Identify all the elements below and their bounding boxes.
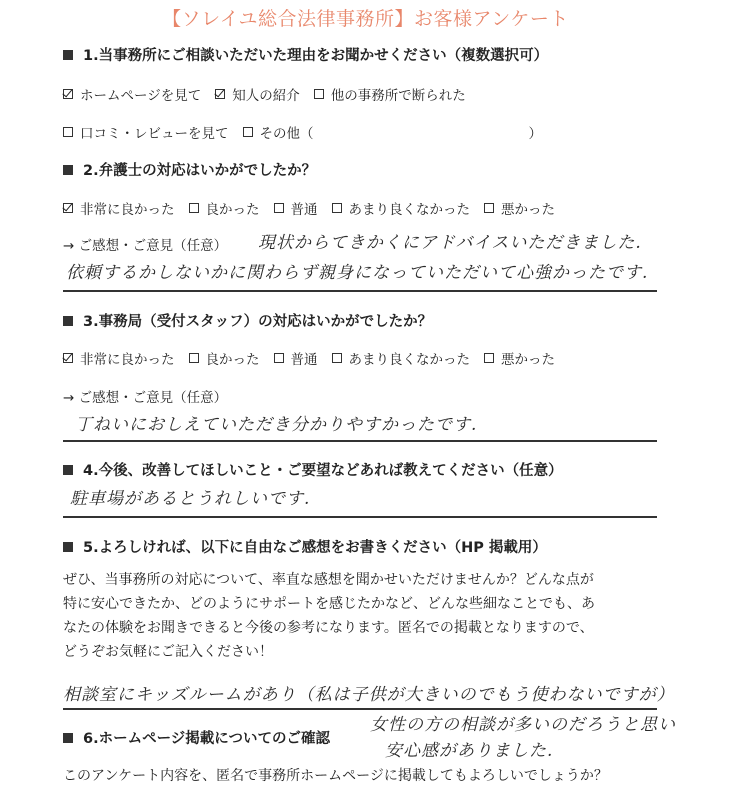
square-bullet-icon [63,542,73,552]
option-label: 他の事務所で断られた [331,84,466,104]
question-3-heading: 3.事務局（受付スタッフ）の対応はいかがでしたか？ [63,310,432,331]
checkbox-icon[interactable] [63,127,73,137]
square-bullet-icon [63,165,73,175]
prompt-line: 特に安心できたか、どのようにサポートを感じたかなど、どんな些細なことでも、あ [63,592,663,616]
checkbox-checked-icon[interactable] [63,353,73,363]
option-label: 口コミ・レビューを見て [80,122,229,142]
checkbox-icon[interactable] [274,353,284,363]
question-3-handwritten: 丁ねいにおしえていただき分かりやすかったです. [75,410,477,435]
survey-title: 【ソレイユ総合法律事務所】お客様アンケート [0,4,731,31]
option-good[interactable]: 良かった [189,348,260,368]
square-bullet-icon [63,316,73,326]
checkbox-checked-icon[interactable] [63,89,73,99]
option-bad[interactable]: 悪かった [484,348,555,368]
checkbox-icon[interactable] [243,127,253,137]
question-1-heading: 1.当事務所にご相談いただいた理由をお聞かせください（複数選択可） [63,44,548,65]
option-label: その他（ [260,122,314,142]
square-bullet-icon [63,50,73,60]
question-2-comment-label: → ご感想・ご意見（任意） [63,234,227,254]
option-label: 知人の紹介 [232,84,300,104]
checkbox-icon[interactable] [274,203,284,213]
option-good[interactable]: 良かった [189,198,260,218]
checkbox-icon[interactable] [314,89,324,99]
option-average[interactable]: 普通 [274,198,318,218]
question-3-options: 非常に良かった 良かった 普通 あまり良くなかった 悪かった [63,348,569,368]
prompt-line: ぜひ、当事務所の対応について、率直な感想を聞かせいただけませんか？どんな点が [63,568,663,592]
question-5-heading: 5.よろしければ、以下に自由なご感想をお書きください（HP 掲載用） [63,536,547,557]
checkbox-checked-icon[interactable] [63,203,73,213]
option-reviews[interactable]: 口コミ・レビューを見て [63,122,229,142]
checkbox-icon[interactable] [189,203,199,213]
option-label: 非常に良かった [80,198,175,218]
question-5-handwritten-line-3: 安心感がありました. [385,736,553,761]
checkbox-icon[interactable] [484,353,494,363]
option-not-good[interactable]: あまり良くなかった [332,348,471,368]
option-referral[interactable]: 知人の紹介 [215,84,300,104]
option-label: ホームページを見て [80,84,201,104]
question-5-handwritten-line-2: 女性の方の相談が多いのだろうと思い [370,710,676,735]
checkbox-icon[interactable] [332,203,342,213]
option-bad[interactable]: 悪かった [484,198,555,218]
option-label: 良かった [206,198,260,218]
question-4-heading: 4.今後、改善してほしいこと・ご要望などあれば教えてください（任意） [63,459,563,480]
question-2-handwritten-line-1: 現状からてきかくにアドバイスいただきました. [258,228,642,253]
question-5-handwritten-line-1: 相談室にキッズルームがあり（私は子供が大きいのでもう使わないですが） [63,680,675,705]
prompt-line: なたの体験をお聞きできると今後の参考になります。匿名での掲載となりますので、 [63,616,663,640]
option-label: 普通 [291,198,318,218]
option-label: 良かった [206,348,260,368]
option-average[interactable]: 普通 [274,348,318,368]
question-4-handwritten: 駐車場があるとうれしいです. [70,484,310,509]
option-not-good[interactable]: あまり良くなかった [332,198,471,218]
question-1-options-row-1: ホームページを見て 知人の紹介 他の事務所で断られた [63,84,480,104]
option-rejected-elsewhere[interactable]: 他の事務所で断られた [314,84,466,104]
checkbox-icon[interactable] [484,203,494,213]
question-2-options: 非常に良かった 良かった 普通 あまり良くなかった 悪かった [63,198,569,218]
square-bullet-icon [63,465,73,475]
option-very-good[interactable]: 非常に良かった [63,198,175,218]
question-6-body: このアンケート内容を、匿名で事務所ホームページに掲載してもよろしいでしょうか？ [63,765,608,785]
question-1-text: 1.当事務所にご相談いただいた理由をお聞かせください（複数選択可） [83,44,548,65]
question-2-handwritten-line-2: 依頼するかしないかに関わらず親身になっていただいて心強かったです. [66,258,648,283]
checkbox-icon[interactable] [332,353,342,363]
prompt-line: どうぞお気軽にご記入ください！ [63,640,663,664]
option-very-good[interactable]: 非常に良かった [63,348,175,368]
option-label: 悪かった [501,198,555,218]
option-label: 悪かった [501,348,555,368]
question-3-text: 3.事務局（受付スタッフ）の対応はいかがでしたか？ [83,310,432,331]
question-6-text: 6.ホームページ掲載についてのご確認 [83,727,330,748]
question-1-options-row-2: 口コミ・レビューを見て その他（） [63,122,556,142]
option-other[interactable]: その他（） [243,122,543,142]
option-label: あまり良くなかった [349,348,471,368]
option-homepage[interactable]: ホームページを見て [63,84,201,104]
other-close-paren: ） [529,122,543,142]
question-5-text: 5.よろしければ、以下に自由なご感想をお書きください（HP 掲載用） [83,536,547,557]
checkbox-checked-icon[interactable] [215,89,225,99]
question-4-text: 4.今後、改善してほしいこと・ご要望などあれば教えてください（任意） [83,459,563,480]
answer-line [63,516,657,518]
checkbox-icon[interactable] [189,353,199,363]
option-label: 非常に良かった [80,348,175,368]
question-5-prompt: ぜひ、当事務所の対応について、率直な感想を聞かせいただけませんか？どんな点が 特… [63,568,663,664]
question-2-heading: 2.弁護士の対応はいかがでしたか？ [63,159,316,180]
question-6-heading: 6.ホームページ掲載についてのご確認 [63,727,330,748]
option-label: あまり良くなかった [349,198,471,218]
question-2-text: 2.弁護士の対応はいかがでしたか？ [83,159,316,180]
square-bullet-icon [63,733,73,743]
option-label: 普通 [291,348,318,368]
answer-line [63,290,657,292]
question-3-comment-label: → ご感想・ご意見（任意） [63,386,227,406]
answer-line [63,440,657,442]
